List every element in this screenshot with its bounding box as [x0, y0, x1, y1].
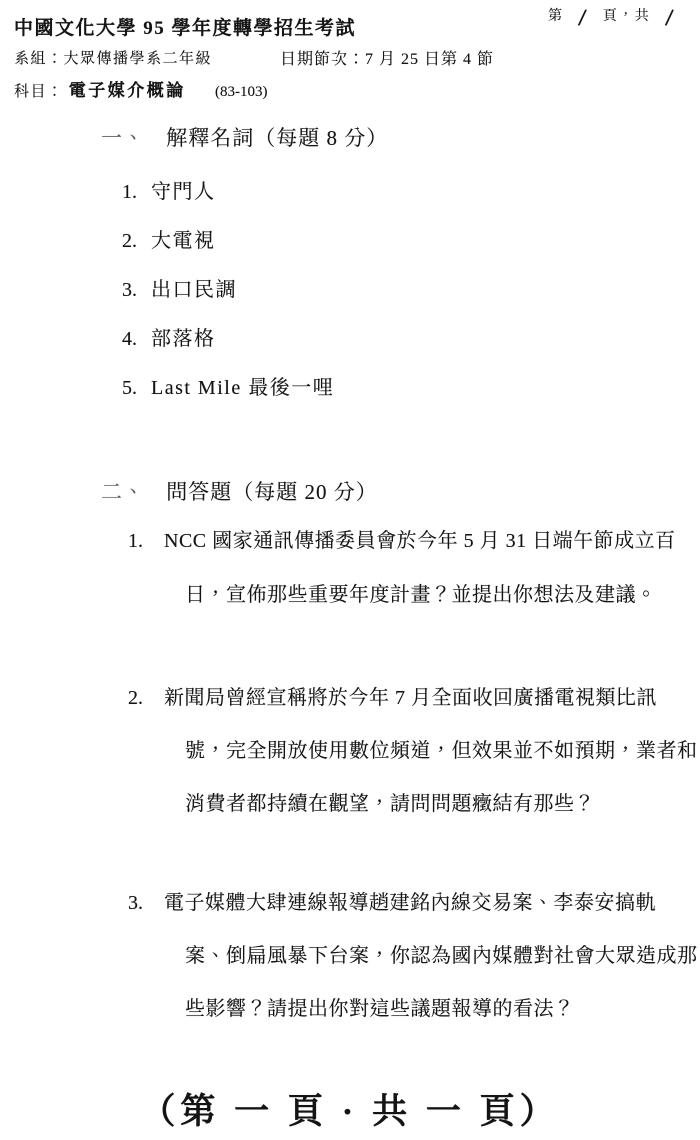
question-3-line-3: 些影響？請提出你對這些議題報導的看法？	[185, 992, 575, 1021]
question-number: 1.	[128, 530, 159, 553]
section-1-number: 一、	[101, 126, 145, 150]
term-text: 守門人	[151, 181, 216, 203]
section-2-number: 二、	[101, 480, 145, 504]
term-text: 大電視	[151, 230, 216, 252]
page-number-marks: 第 / 頁，共 /	[548, 5, 675, 29]
question-text: 案、倒扁風暴下台案，你認為國內媒體對社會大眾造成那	[185, 945, 698, 967]
subject-name: 電子媒介概論	[69, 81, 186, 100]
footer-page-info: （第 一 頁 · 共 一 頁）	[0, 1084, 700, 1134]
term-number: 4.	[122, 328, 146, 351]
question-1-line-1: 1. NCC 國家通訊傳播委員會於今年 5 月 31 日端午節成立百	[128, 524, 676, 553]
question-number: 2.	[128, 687, 159, 710]
meta-row: 系組：大眾傳播學系二年級 日期節次：7 月 25 日第 4 節	[14, 47, 686, 68]
term-number: 5.	[122, 377, 146, 400]
term-item-4: 4. 部落格	[122, 322, 216, 351]
handwritten-page-number: /	[577, 5, 589, 30]
question-text: 消費者都持續在觀望，請問問題癥結有那些？	[185, 793, 595, 815]
question-text: 新聞局曾經宣稱將於今年 7 月全面收回廣播電視類比訊	[164, 687, 657, 709]
page-marks-middle: 頁，共	[603, 5, 651, 25]
term-number: 3.	[122, 279, 146, 302]
question-text: 電子媒體大肆連線報導趙建銘內線交易案、李泰安搞軌	[164, 892, 656, 914]
question-text: NCC 國家通訊傳播委員會於今年 5 月 31 日端午節成立百	[164, 530, 676, 552]
question-text: 號，完全開放使用數位頻道，但效果並不如預期，業者和	[185, 740, 698, 762]
term-number: 2.	[122, 230, 146, 253]
handwritten-total-pages: /	[664, 5, 676, 30]
subject-prefix: 科目：	[14, 84, 64, 100]
term-item-5: 5. Last Mile 最後一哩	[122, 371, 334, 400]
exam-paper: 中國文化大學 95 學年度轉學招生考試 第 / 頁，共 / 系組：大眾傳播學系二…	[0, 0, 700, 1140]
term-item-2: 2. 大電視	[122, 224, 216, 253]
term-text: 部落格	[151, 328, 216, 350]
term-item-1: 1. 守門人	[122, 175, 216, 204]
question-text: 日，宣佈那些重要年度計畫？並提出你想法及建議。	[185, 584, 657, 606]
question-2-line-2: 號，完全開放使用數位頻道，但效果並不如預期，業者和	[185, 734, 698, 763]
question-2-line-1: 2. 新聞局曾經宣稱將於今年 7 月全面收回廣播電視類比訊	[128, 681, 657, 710]
section-1-title: 解釋名詞（每題 8 分）	[166, 126, 388, 150]
term-text: 出口民調	[151, 279, 237, 301]
question-text: 些影響？請提出你對這些議題報導的看法？	[185, 998, 575, 1020]
term-item-3: 3. 出口民調	[122, 273, 237, 302]
section-2-heading: 二、 問答題（每題 20 分）	[101, 476, 378, 506]
subject-code: (83-103)	[215, 84, 268, 100]
question-2-line-3: 消費者都持續在觀望，請問問題癥結有那些？	[185, 787, 595, 816]
exam-title: 中國文化大學 95 學年度轉學招生考試	[14, 13, 356, 40]
section-1-heading: 一、 解釋名詞（每題 8 分）	[101, 122, 388, 152]
question-3-line-1: 3. 電子媒體大肆連線報導趙建銘內線交易案、李泰安搞軌	[128, 886, 656, 915]
section-2-title: 問答題（每題 20 分）	[166, 480, 378, 504]
term-text: Last Mile 最後一哩	[151, 377, 334, 399]
question-3-line-2: 案、倒扁風暴下台案，你認為國內媒體對社會大眾造成那	[185, 939, 698, 968]
term-number: 1.	[122, 181, 146, 204]
department-label: 系組：大眾傳播學系二年級	[14, 51, 212, 67]
date-session-label: 日期節次：7 月 25 日第 4 節	[280, 46, 494, 69]
subject-row: 科目： 電子媒介概論 (83-103)	[14, 76, 268, 101]
question-1-line-2: 日，宣佈那些重要年度計畫？並提出你想法及建議。	[185, 578, 657, 607]
page-marks-prefix: 第	[548, 5, 564, 25]
question-number: 3.	[128, 892, 159, 915]
